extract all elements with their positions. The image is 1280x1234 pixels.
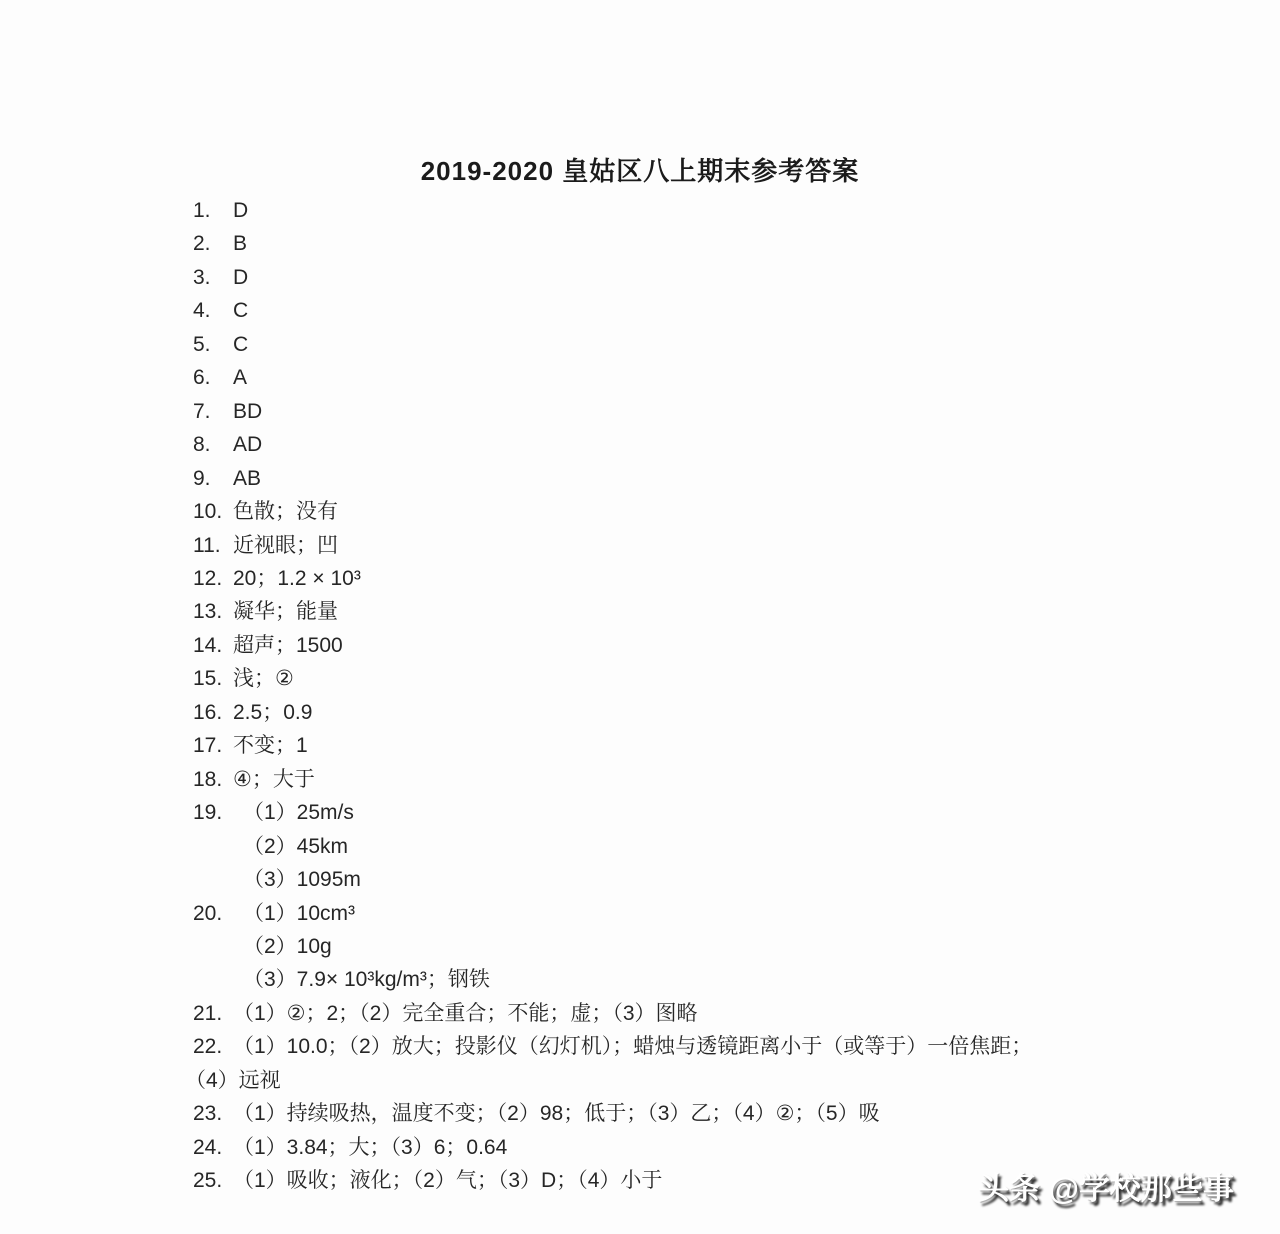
answer-number: 22. (193, 1030, 233, 1063)
answer-item-6: 6.A (193, 361, 1280, 394)
page-title: 2019-2020 皇姑区八上期末参考答案 (0, 0, 1280, 187)
answer-text: 近视眼；凹 (233, 534, 338, 557)
answer-item-1: 1.D (193, 194, 1280, 227)
answer-text: BD (233, 400, 262, 423)
answer-number: 5. (193, 328, 233, 361)
answer-number: 16. (193, 696, 233, 729)
answer-item-7: 7.BD (193, 395, 1280, 428)
answer-item-2: 2.B (193, 227, 1280, 260)
answer-item-3: 3.D (193, 261, 1280, 294)
answer-number: 14. (193, 629, 233, 662)
answer-text: （3）7.9× 10³kg/m³；钢铁 (243, 968, 490, 991)
answer-text: AB (233, 467, 261, 490)
answer-text: C (233, 299, 248, 322)
answer-text: （2）45km (243, 835, 348, 858)
answer-item-18: 18.④；大于 (193, 763, 1280, 796)
answer-item-8: 8.AD (193, 428, 1280, 461)
answer-item-20-line-2: （2）10g (193, 930, 1280, 963)
answer-text: ④；大于 (233, 768, 315, 791)
answer-item-20: 20.（1）10cm³ (193, 897, 1280, 930)
answer-text: A (233, 366, 247, 389)
answer-item-20-line-3: （3）7.9× 10³kg/m³；钢铁 (193, 963, 1280, 996)
answer-text: B (233, 232, 247, 255)
answer-text: （1）持续吸热，温度不变；（2）98；低于；（3）乙；（4）②；（5）吸 (233, 1102, 880, 1125)
answer-item-13: 13.凝华；能量 (193, 595, 1280, 628)
answer-list: 1.D 2.B 3.D 4.C 5.C 6.A 7.BD 8.AD 9.AB 1… (193, 194, 1280, 1198)
answer-item-22: 22.（1）10.0；（2）放大；投影仪（幻灯机）；蜡烛与透镜距离小于（或等于）… (193, 1030, 1280, 1063)
answer-text: （1）25m/s (243, 801, 354, 824)
answer-number: 2. (193, 227, 233, 260)
answer-number: 10. (193, 495, 233, 528)
answer-text: C (233, 333, 248, 356)
answer-number: 18. (193, 763, 233, 796)
answer-number: 4. (193, 294, 233, 327)
answer-number: 3. (193, 261, 233, 294)
answer-item-4: 4.C (193, 294, 1280, 327)
answer-number: 6. (193, 361, 233, 394)
answer-item-22-line-2: （4）远视 (185, 1064, 1280, 1097)
answer-number: 24. (193, 1131, 233, 1164)
answer-text: 20；1.2 × 10³ (233, 567, 361, 590)
answer-item-19-line-3: （3）1095m (193, 863, 1280, 896)
answer-item-5: 5.C (193, 328, 1280, 361)
answer-text: （1）10.0；（2）放大；投影仪（幻灯机）；蜡烛与透镜距离小于（或等于）一倍焦… (233, 1035, 1032, 1058)
answer-item-23: 23.（1）持续吸热，温度不变；（2）98；低于；（3）乙；（4）②；（5）吸 (193, 1097, 1280, 1130)
answer-text: 色散；没有 (233, 500, 338, 523)
answer-number: 15. (193, 662, 233, 695)
answer-text: （1）10cm³ (243, 902, 355, 925)
answer-text: （1）3.84；大；（3）6；0.64 (233, 1136, 507, 1159)
watermark: 头条 @学校那些事 (978, 1163, 1234, 1208)
answer-number: 21. (193, 997, 233, 1030)
answer-item-15: 15.浅；② (193, 662, 1280, 695)
answer-text: （2）10g (243, 935, 332, 958)
answer-text: （1）②；2；（2）完全重合；不能；虚；（3）图略 (233, 1002, 698, 1025)
answer-number: 13. (193, 595, 233, 628)
answer-number: 8. (193, 428, 233, 461)
answer-item-14: 14.超声；1500 (193, 629, 1280, 662)
answer-item-11: 11.近视眼；凹 (193, 529, 1280, 562)
answer-text: 凝华；能量 (233, 600, 338, 623)
answer-number: 20. (193, 897, 243, 930)
answer-number: 25. (193, 1164, 233, 1197)
answer-text: 超声；1500 (233, 634, 343, 657)
answer-number: 7. (193, 395, 233, 428)
answer-number: 17. (193, 729, 233, 762)
answer-text: 2.5；0.9 (233, 701, 312, 724)
answer-text: （4）远视 (185, 1069, 281, 1092)
answer-text: D (233, 199, 248, 222)
answer-item-10: 10.色散；没有 (193, 495, 1280, 528)
answer-number: 9. (193, 462, 233, 495)
answer-item-16: 16.2.5；0.9 (193, 696, 1280, 729)
answer-item-9: 9.AB (193, 462, 1280, 495)
answer-text: D (233, 266, 248, 289)
answer-item-19-line-2: （2）45km (193, 830, 1280, 863)
answer-text: （3）1095m (243, 868, 361, 891)
answer-number: 23. (193, 1097, 233, 1130)
answer-item-12: 12.20；1.2 × 10³ (193, 562, 1280, 595)
answer-text: （1）吸收；液化；（2）气；（3）D；（4）小于 (233, 1169, 662, 1192)
answer-text: AD (233, 433, 262, 456)
answer-item-19: 19.（1）25m/s (193, 796, 1280, 829)
answer-text: 不变；1 (233, 734, 308, 757)
answer-number: 11. (193, 529, 233, 562)
answer-item-24: 24.（1）3.84；大；（3）6；0.64 (193, 1131, 1280, 1164)
answer-number: 19. (193, 796, 243, 829)
answer-number: 1. (193, 194, 233, 227)
document-page: 2019-2020 皇姑区八上期末参考答案 1.D 2.B 3.D 4.C 5.… (0, 0, 1280, 1234)
answer-item-21: 21.（1）②；2；（2）完全重合；不能；虚；（3）图略 (193, 997, 1280, 1030)
answer-number: 12. (193, 562, 233, 595)
answer-item-17: 17.不变；1 (193, 729, 1280, 762)
answer-text: 浅；② (233, 667, 294, 690)
